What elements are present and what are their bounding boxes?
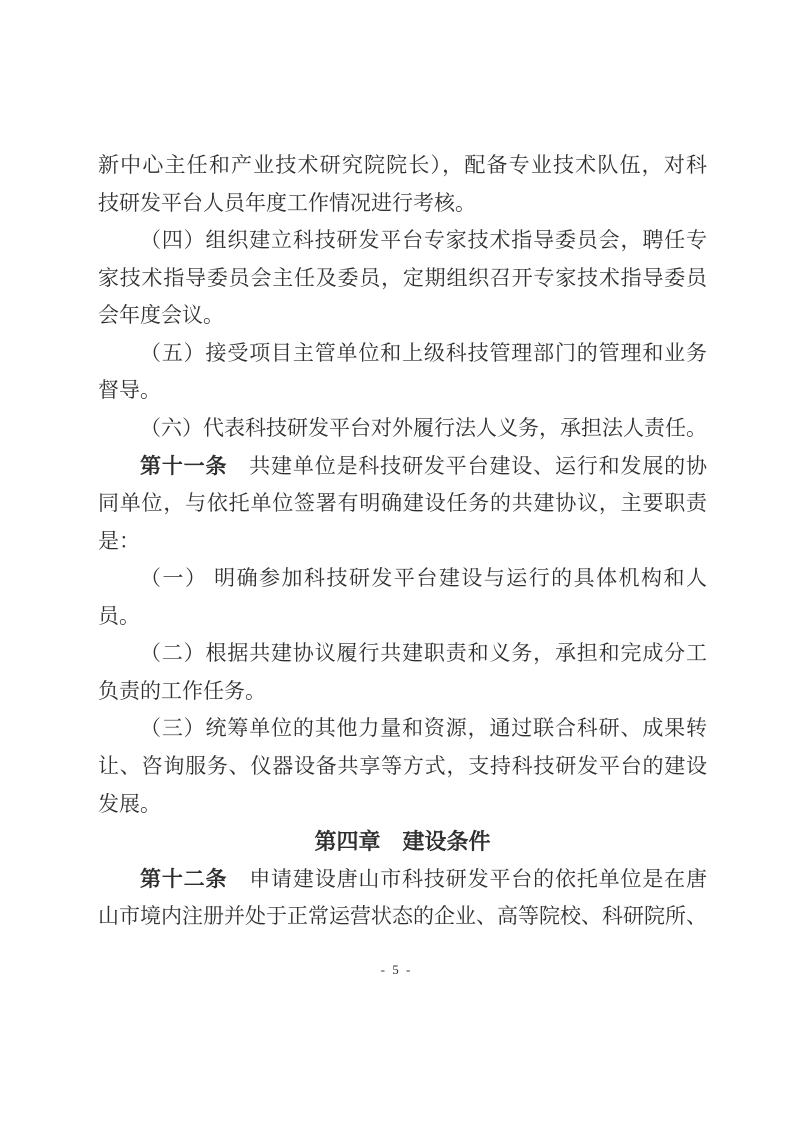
page-number: - 5 -: [0, 962, 793, 978]
article-number: 第十一条: [140, 454, 227, 478]
text-line: （六）代表科技研发平台对外履行法人义务，承担法人责任。: [98, 410, 707, 448]
text-line: 会年度会议。: [98, 297, 707, 335]
text-line: 新中心主任和产业技术研究院院长），配备专业技术队伍，对科: [98, 147, 707, 185]
text-line: 员。: [98, 598, 707, 636]
text-line: 山市境内注册并处于正常运营状态的企业、高等院校、科研院所、: [98, 898, 707, 936]
document-body: 新中心主任和产业技术研究院院长），配备专业技术队伍，对科技研发平台人员年度工作情…: [98, 147, 707, 936]
text-line: （五）接受项目主管单位和上级科技管理部门的管理和业务: [98, 335, 707, 373]
text-line: （三）统筹单位的其他力量和资源，通过联合科研、成果转: [98, 710, 707, 748]
text-line: 发展。: [98, 786, 707, 824]
text-line: 负责的工作任务。: [98, 673, 707, 711]
text-line: 让、咨询服务、仪器设备共享等方式，支持科技研发平台的建设: [98, 748, 707, 786]
article-number: 第十二条: [140, 867, 227, 891]
text-line: 是：: [98, 523, 707, 561]
text-line: 第十二条 申请建设唐山市科技研发平台的依托单位是在唐: [98, 861, 707, 899]
text-line: 技研发平台人员年度工作情况进行考核。: [98, 185, 707, 223]
text-line: 同单位，与依托单位签署有明确建设任务的共建协议，主要职责: [98, 485, 707, 523]
text-segment: 共建单位是科技研发平台建设、运行和发展的协: [227, 454, 707, 478]
document-page: 新中心主任和产业技术研究院院长），配备专业技术队伍，对科技研发平台人员年度工作情…: [0, 0, 793, 1122]
text-line: （二）根据共建协议履行共建职责和义务，承担和完成分工: [98, 635, 707, 673]
text-line: 督导。: [98, 372, 707, 410]
chapter-heading: 第四章 建设条件: [98, 823, 707, 861]
text-line: 第十一条 共建单位是科技研发平台建设、运行和发展的协: [98, 448, 707, 486]
text-segment: 申请建设唐山市科技研发平台的依托单位是在唐: [227, 867, 707, 891]
text-line: 家技术指导委员会主任及委员，定期组织召开专家技术指导委员: [98, 260, 707, 298]
text-line: （一） 明确参加科技研发平台建设与运行的具体机构和人: [98, 560, 707, 598]
text-line: （四）组织建立科技研发平台专家技术指导委员会，聘任专: [98, 222, 707, 260]
